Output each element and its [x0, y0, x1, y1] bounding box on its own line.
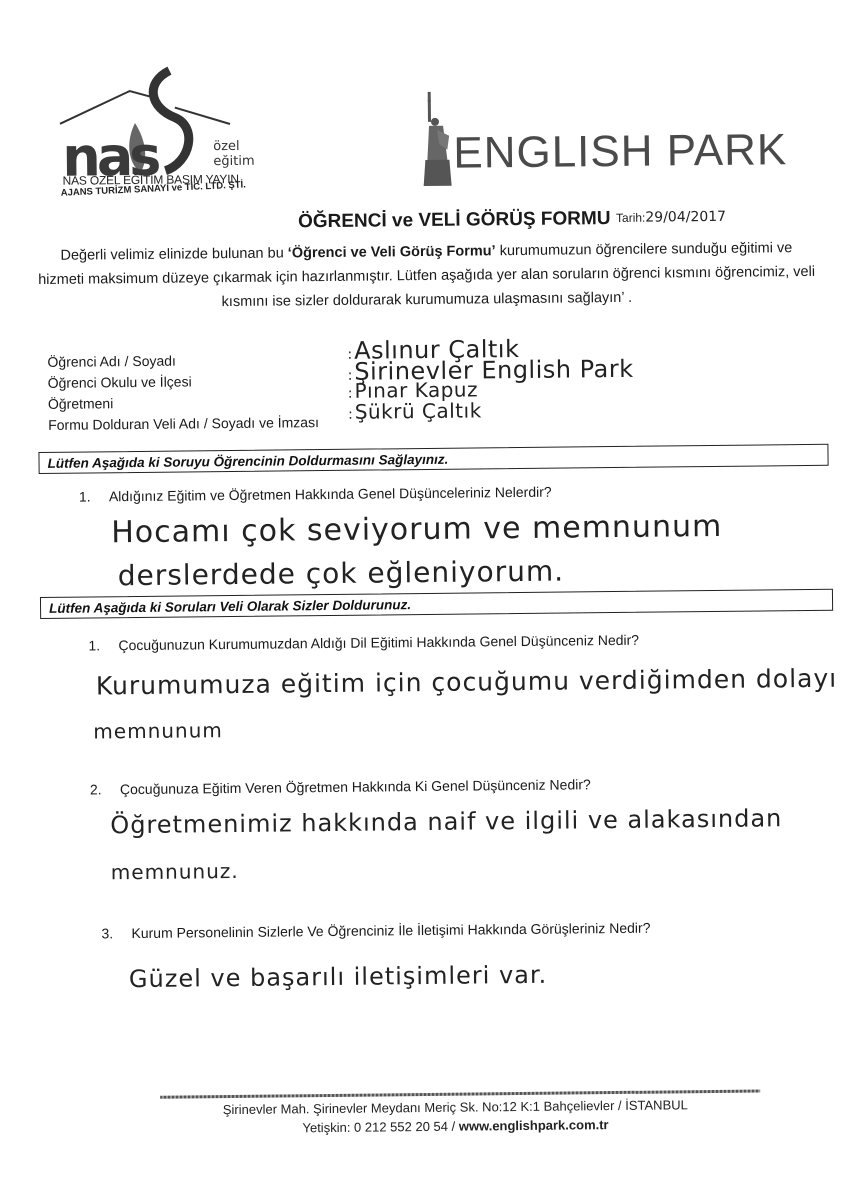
date-field: Tarih:29/04/2017	[616, 209, 726, 226]
form-title: ÖĞRENCİ ve VELİ GÖRÜŞ FORMU	[298, 208, 611, 233]
question-number: 2.	[90, 781, 120, 797]
parent-question-3: 3.Kurum Personelinin Sizlerle Ve Öğrenci…	[101, 920, 650, 942]
date-label: Tarih:	[616, 211, 645, 225]
label-student-school: Öğrenci Okulu ve İlçesi	[48, 372, 319, 396]
question-number: 1.	[79, 488, 109, 504]
field-student-school[interactable]: :Şirinevler English Park	[347, 355, 633, 379]
footer-address: Şirinevler Mah. Şirinevler Meydanı Meriç…	[145, 1096, 765, 1117]
parent-question-1: 1.Çocuğunuzun Kurumumuzdan Aldığı Dil Eğ…	[88, 632, 639, 654]
english-park-wordmark: ENGLISH PARK	[453, 125, 787, 178]
parent-name-value: Şükrü Çaltık	[355, 398, 482, 423]
field-parent-name[interactable]: :Şükrü Çaltık	[348, 397, 634, 421]
student-answer-1-line-1[interactable]: Hocamı çok seviyorum ve memnunum	[111, 509, 722, 550]
label-student-name: Öğrenci Adı / Soyadı	[47, 351, 318, 375]
label-teacher: Öğretmeni	[48, 393, 319, 417]
intro-form-name: ‘Öğrenci ve Veli Görüş Formu’	[288, 243, 496, 261]
footer-website-link[interactable]: www.englishpark.com.tr	[459, 1117, 609, 1134]
question-text: Çocuğunuzun Kurumumuzdan Aldığı Dil Eğit…	[118, 632, 639, 653]
student-info-labels: Öğrenci Adı / Soyadı Öğrenci Okulu ve İl…	[47, 351, 319, 438]
intro-text-1: Değerli velimiz elinizde bulunan bu	[60, 245, 287, 263]
question-text: Çocuğunuza Eğitim Veren Öğretmen Hakkınd…	[120, 776, 591, 797]
field-student-name[interactable]: :Aslınur Çaltık	[347, 334, 633, 358]
date-value: 29/04/2017	[645, 209, 726, 226]
intro-paragraph: Değerli velimiz elinizde bulunan bu ‘Öğr…	[36, 236, 817, 316]
nas-tagline-top: özel	[213, 140, 240, 154]
parent-answer-2-line-2[interactable]: memnunuz.	[111, 859, 239, 884]
footer-contact: Yetişkin: 0 212 552 20 54 / www.englishp…	[145, 1115, 765, 1136]
parent-answer-1-line-1[interactable]: Kurumumuza eğitim için çocuğumu verdiğim…	[96, 664, 838, 701]
question-number: 3.	[101, 925, 131, 941]
footer-phone: Yetişkin: 0 212 552 20 54 /	[302, 1119, 459, 1136]
parent-answer-2-line-1[interactable]: Öğretmenimiz hakkında naif ve ilgili ve …	[110, 804, 782, 839]
student-info-values: :Aslınur Çaltık :Şirinevler English Park…	[347, 334, 634, 421]
english-park-logo: ENGLISH PARK	[413, 80, 774, 194]
parent-question-2: 2.Çocuğunuza Eğitim Veren Öğretmen Hakkı…	[90, 776, 591, 797]
question-text: Kurum Personelinin Sizlerle Ve Öğrencini…	[131, 920, 650, 941]
parent-answer-1-line-2[interactable]: memnunum	[93, 718, 223, 743]
student-section-heading: Lütfen Aşağıda ki Soruyu Öğrencinin Dold…	[38, 444, 828, 474]
student-answer-1-line-2[interactable]: derslerdede çok eğleniyorum.	[118, 555, 565, 593]
parent-answer-3-line-1[interactable]: Güzel ve başarılı iletişimleri var.	[129, 961, 548, 993]
nas-tagline-bottom: eğitim	[213, 154, 254, 169]
question-number: 1.	[88, 637, 118, 653]
form-page: nas özel eğitim NAS ÖZEL EĞİTİM BASIM YA…	[0, 0, 848, 1200]
student-question-1: 1.Aldığınız Eğitim ve Öğretmen Hakkında …	[79, 484, 552, 505]
nas-ozel-egitim-logo: nas özel eğitim NAS ÖZEL EĞİTİM BASIM YA…	[49, 62, 250, 204]
label-parent-name-signature: Formu Dolduran Veli Adı / Soyadı ve İmza…	[48, 414, 319, 438]
question-text: Aldığınız Eğitim ve Öğretmen Hakkında Ge…	[109, 484, 552, 505]
parent-section-heading: Lütfen Aşağıda ki Soruları Veli Olarak S…	[40, 589, 833, 619]
